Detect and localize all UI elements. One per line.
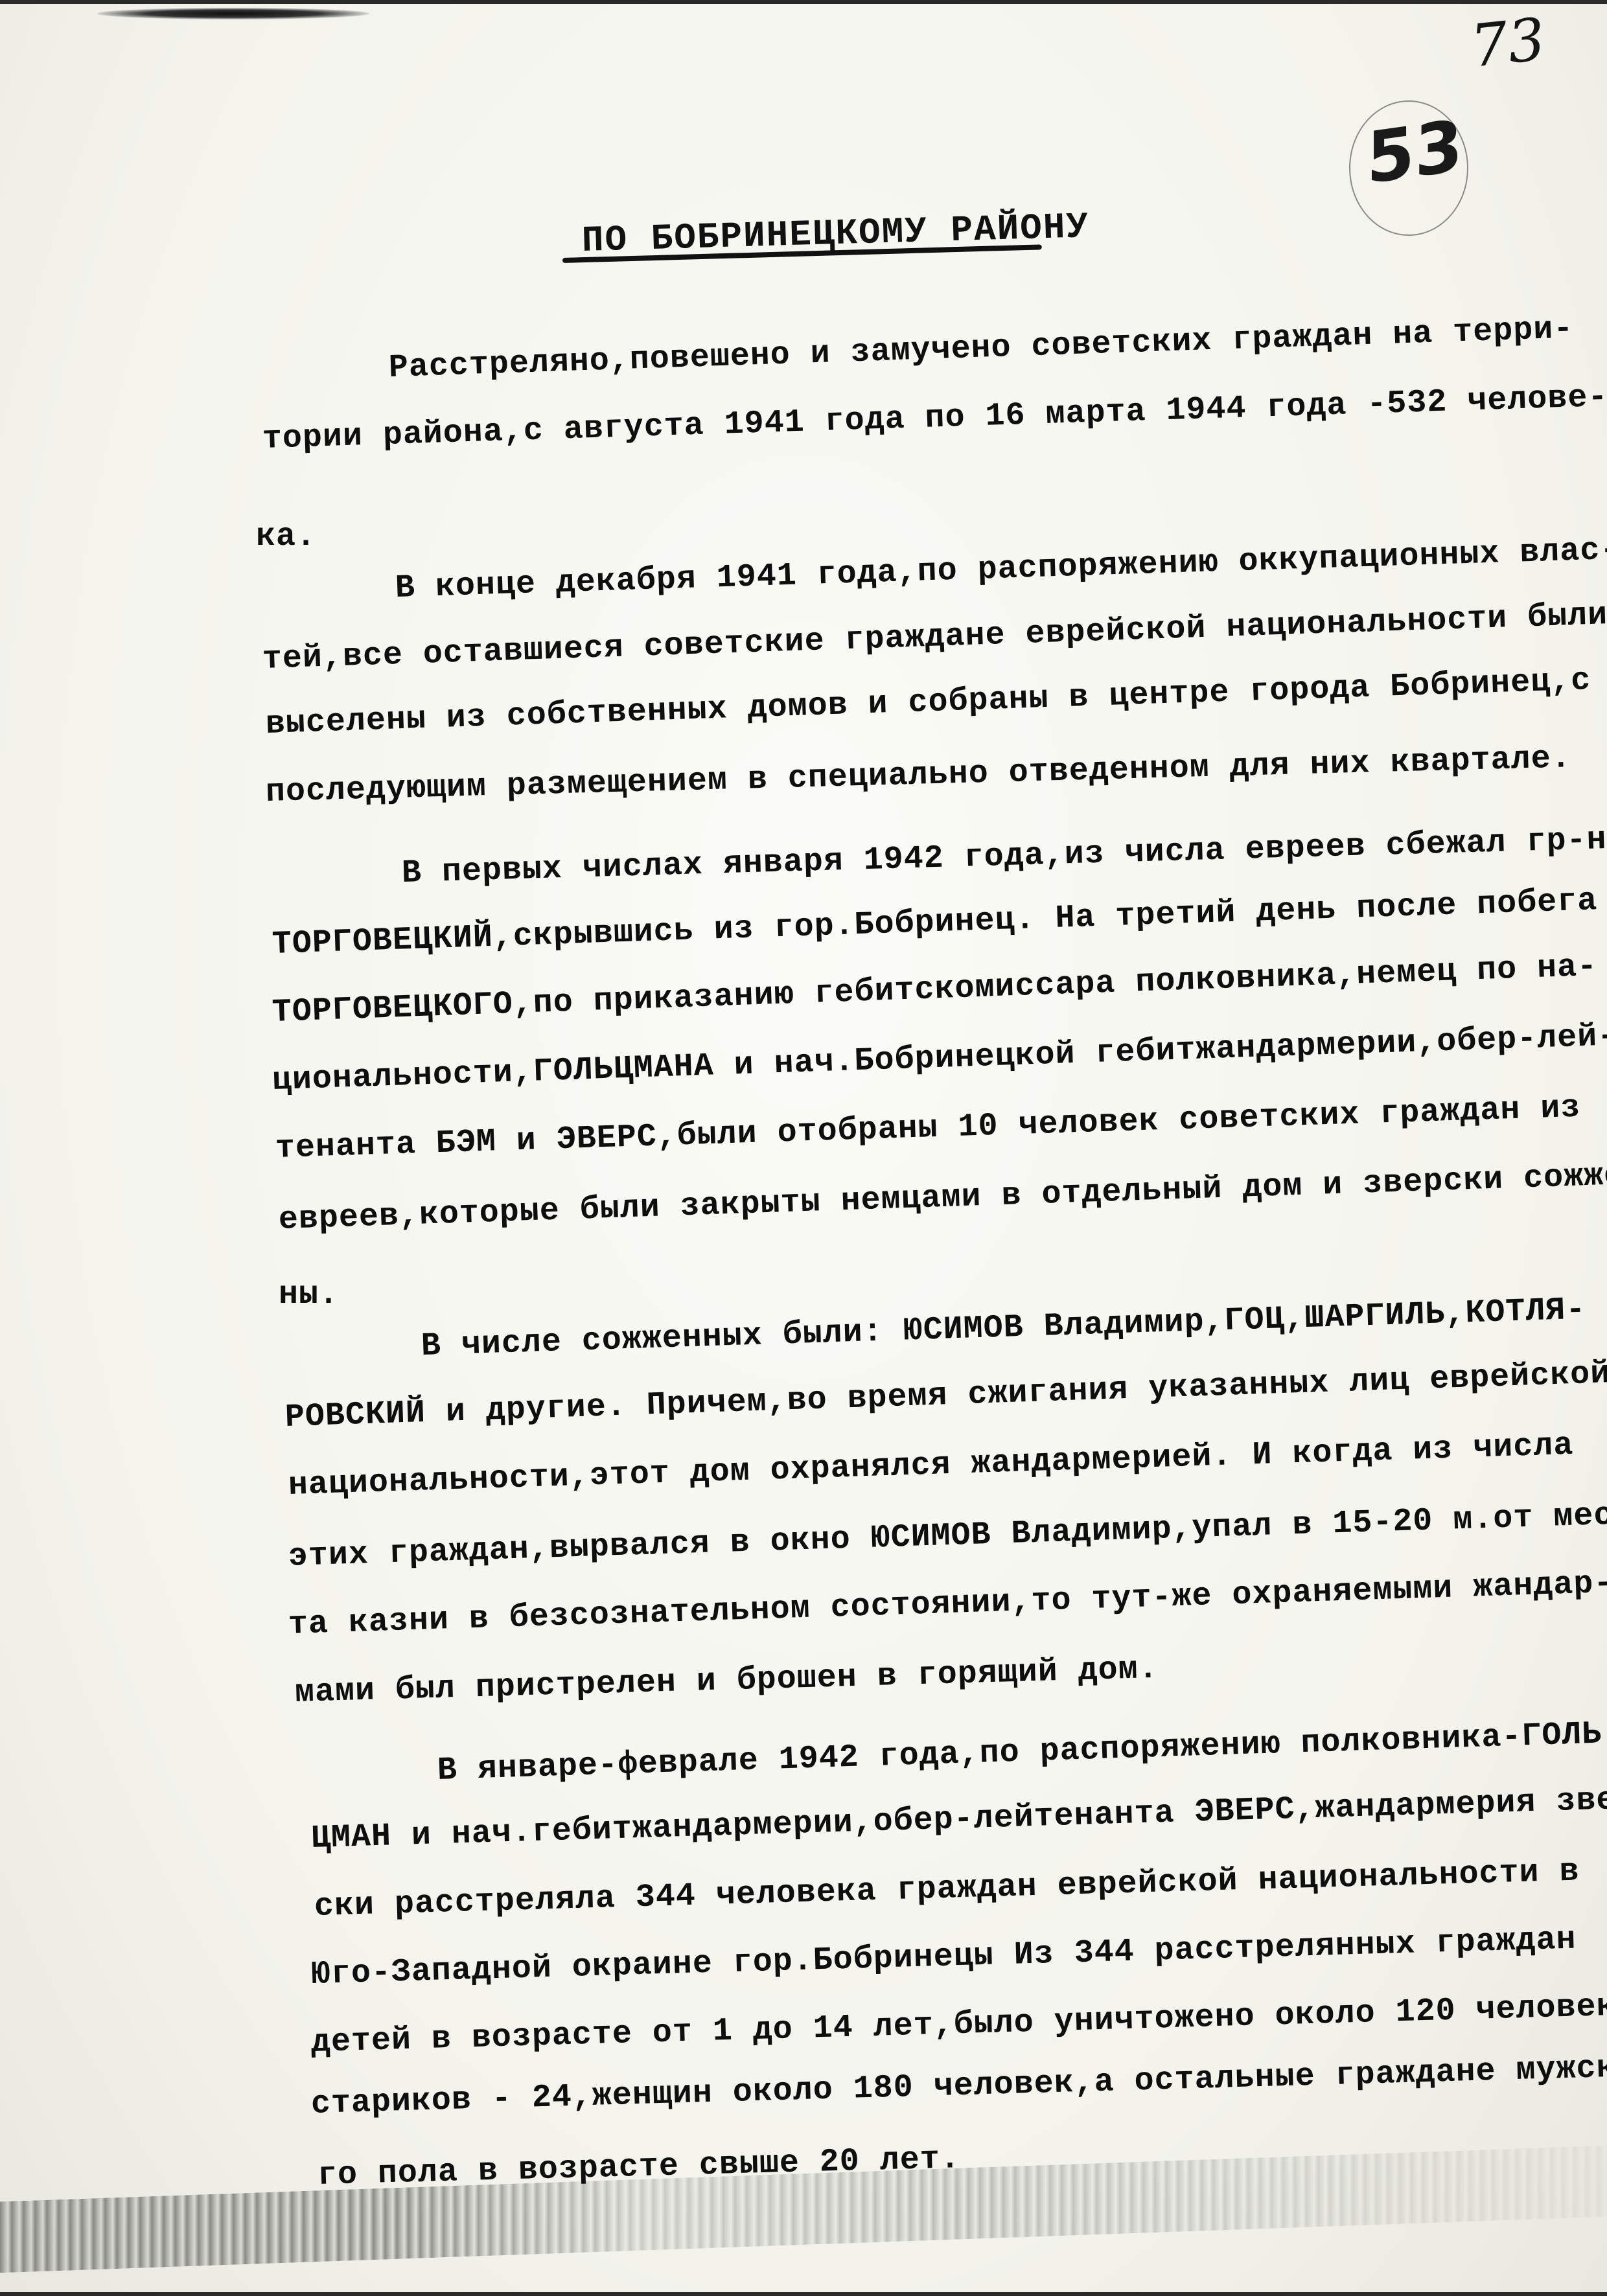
text-line: ка.: [256, 518, 316, 555]
text-line: последующим размещением в специально отв…: [265, 740, 1571, 811]
text-line: стариков - 24,женщин около 180 человек,а…: [310, 2049, 1607, 2123]
text-line: мами был пристрелен и брошен в горящий д…: [294, 1651, 1159, 1712]
document-page: 73 53 ПО БОБРИНЕЦКОМУ РАЙОНУ Расстреляно…: [0, 0, 1607, 2296]
text-line: тории района,с августа 1941 года по 16 м…: [262, 379, 1607, 458]
handwritten-folio-number: 73: [1468, 10, 1548, 76]
text-line: тей,все оставшиеся советские граждане ев…: [262, 597, 1607, 678]
text-line: В первых числах января 1942 года,из числ…: [401, 821, 1607, 892]
text-line: РОВСКИЙ и другие. Причем,во время сжиган…: [284, 1355, 1607, 1436]
scan-bottom-edge: [0, 2292, 1607, 2296]
text-line: ЦМАН и нач.гебитжандармерии,обер-лейтена…: [310, 1781, 1607, 1857]
text-line: В январе-феврале 1942 года,по распоряжен…: [437, 1716, 1607, 1789]
scan-smudge-top: [97, 8, 369, 19]
text-line: тенанта БЭМ и ЭВЕРС,были отобраны 10 чел…: [275, 1090, 1581, 1167]
text-line: выселены из собственных домов и собраны …: [265, 662, 1591, 743]
text-line: В конце декабря 1941 года,по распоряжени…: [395, 532, 1607, 607]
text-line: ТОРГОВЕЦКИЙ,скрывшись из гор.Бобринец. Н…: [272, 882, 1598, 963]
text-line: детей в возрасте от 1 до 14 лет,было уни…: [310, 1988, 1607, 2061]
text-line: национальности,этот дом охранялся жандар…: [288, 1427, 1574, 1504]
text-line: ны.: [279, 1276, 339, 1313]
scan-top-edge: [0, 0, 1607, 4]
text-line: та казни в безсознательном состоянии,то …: [288, 1565, 1607, 1644]
text-line: ТОРГОВЕЦКОГО,по приказанию гебитскомисса…: [272, 948, 1598, 1031]
text-line: ски расстреляла 344 человека граждан евр…: [314, 1853, 1580, 1925]
text-line: евреев,которые были закрыты немцами в от…: [278, 1156, 1607, 1239]
circled-folio-number: 53: [1367, 111, 1463, 195]
text-line: Расстреляно,повешено и замучено советски…: [388, 310, 1574, 387]
text-line: циональности,ГОЛЬЦМАНА и нач.Бобринецкой…: [272, 1018, 1607, 1099]
text-line: В числе сожженных были: ЮСИМОВ Владимир,…: [421, 1292, 1586, 1365]
text-line: этих граждан,вырвался в окно ЮСИМОВ Влад…: [288, 1497, 1607, 1576]
text-line: Юго-Западной окраине гор.Бобринецы Из 34…: [310, 1921, 1577, 1993]
